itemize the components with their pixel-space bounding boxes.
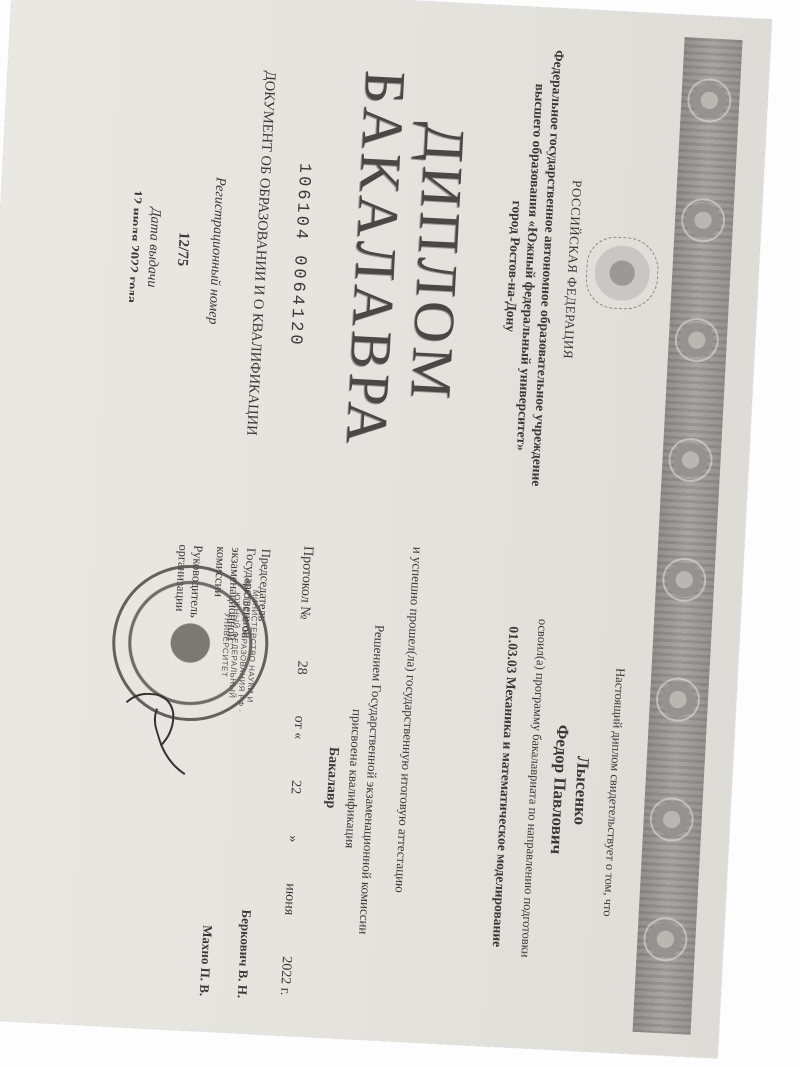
rosette-icon — [661, 556, 707, 602]
seal-text: МИНИСТЕРСТВО НАУКИ И ВЫСШЕГО ОБРАЗОВАНИЯ… — [217, 569, 261, 721]
attestation-text: и успешно прошел(ла) государственную ито… — [384, 546, 426, 1041]
protocol-line: Протокол № 28 от « 22 » июня 2022 г. — [276, 545, 316, 995]
rosette-icon — [674, 316, 720, 362]
rosette-icon — [655, 676, 701, 722]
rosette-icon — [649, 796, 695, 842]
serial-number: 106104 0064120 — [276, 0, 322, 515]
protocol-from: от « — [289, 715, 306, 739]
rosette-icon — [680, 197, 726, 243]
chairman-name: Беркович В. Н. — [234, 909, 255, 998]
year-suffix: г. — [277, 987, 292, 995]
protocol-year: 2022 г. — [276, 955, 294, 995]
rosette-icon — [686, 77, 732, 123]
document-type: ДОКУМЕНТ ОБ ОБРАЗОВАНИИ И О КВАЛИФИКАЦИИ — [238, 0, 282, 513]
registration-label: Регистрационный номер — [194, 0, 237, 510]
rector-name: Махно П. В. — [196, 907, 217, 996]
title-page: РОССИЙСКАЯ ФЕДЕРАЦИЯ Федеральное государ… — [0, 0, 682, 534]
diploma-paper: РОССИЙСКАЯ ФЕДЕРАЦИЯ Федеральное государ… — [0, 0, 772, 1058]
diploma-title: ДИПЛОМ БАКАЛАВРА — [331, 0, 482, 523]
russian-coat-of-arms-icon — [584, 235, 660, 311]
protocol-day: 22 — [287, 779, 304, 794]
protocol-month: июня — [280, 882, 298, 915]
rosette-icon — [642, 916, 688, 962]
signatory-names: Беркович В. Н. Махно П. В. — [174, 906, 255, 999]
content-page: Настоящий диплом свидетельствует о том, … — [0, 499, 655, 1053]
protocol-close-quote: » — [284, 834, 300, 842]
protocol-number: 28 — [293, 660, 310, 675]
year-value: 2022 — [278, 955, 294, 984]
rosette-icon — [667, 436, 713, 482]
protocol-label: Протокол № — [296, 545, 316, 619]
